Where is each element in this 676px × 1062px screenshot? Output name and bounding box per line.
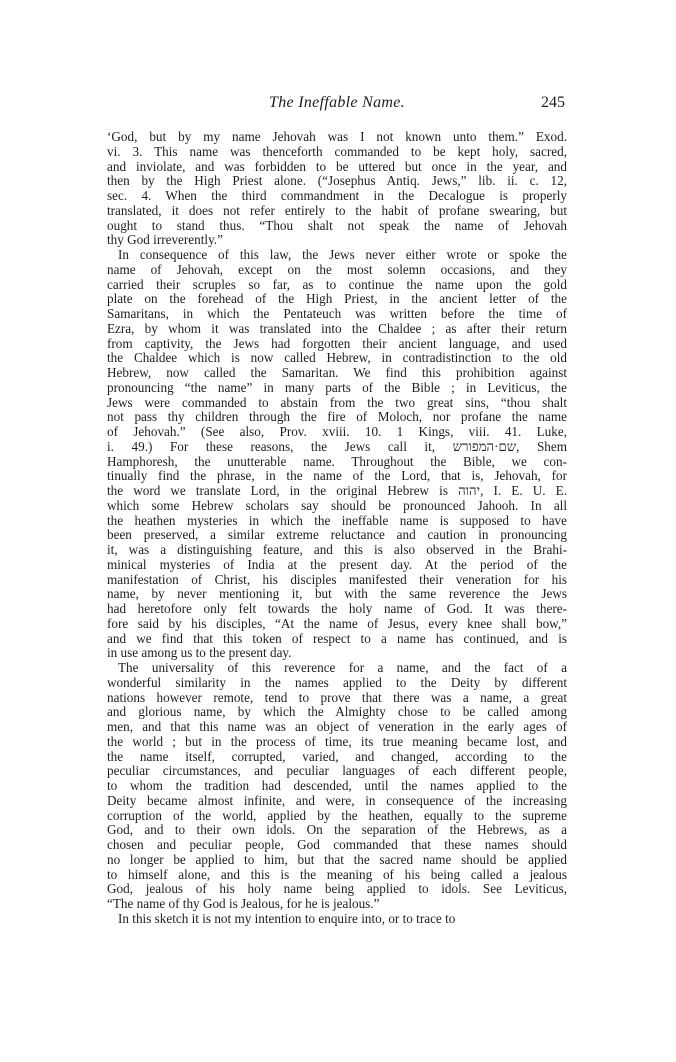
text-line: carried their scruples so far, as to con…	[107, 278, 567, 293]
text-line: pronouncing “the name” in many parts of …	[107, 381, 567, 396]
text-line: Deity became almost infinite, and were, …	[107, 794, 567, 809]
text-line: which some Hebrew scholars say should be…	[107, 499, 567, 514]
text-line: thy God irreverently.”	[107, 233, 567, 248]
text-line: In this sketch it is not my intention to…	[107, 912, 567, 927]
paragraph: ‘God, but by my name Jehovah was I not k…	[107, 130, 567, 248]
text-line: and glorious name, by which the Almighty…	[107, 705, 567, 720]
text-line: In consequence of this law, the Jews nev…	[107, 248, 567, 263]
text-line: the word we translate Lord, in the origi…	[107, 484, 567, 499]
text-line: Samaritans, in which the Pentateuch was …	[107, 307, 567, 322]
text-line: wonderful similarity in the names applie…	[107, 676, 567, 691]
text-line: to whom the tradition had descended, unt…	[107, 779, 567, 794]
text-line: then by the High Priest alone. (“Josephu…	[107, 174, 567, 189]
text-line: manifestation of Christ, his disciples m…	[107, 573, 567, 588]
text-line: not pass thy children through the fire o…	[107, 410, 567, 425]
text-line: fore said by his disciples, “At the name…	[107, 617, 567, 632]
text-line: from captivity, the Jews had forgotten t…	[107, 337, 567, 352]
text-line: corruption of the world, applied by the …	[107, 809, 567, 824]
text-line: ‘God, but by my name Jehovah was I not k…	[107, 130, 567, 145]
text-line: nations however remote, tend to prove th…	[107, 691, 567, 706]
text-line: God, and to their own idols. On the sepa…	[107, 823, 567, 838]
text-line: and we find that this token of respect t…	[107, 632, 567, 647]
text-line: “The name of thy God is Jealous, for he …	[107, 897, 567, 912]
text-line: the heathen mysteries in which the ineff…	[107, 514, 567, 529]
text-line: in use among us to the present day.	[107, 646, 567, 661]
paragraph: In consequence of this law, the Jews nev…	[107, 248, 567, 661]
book-page: The Ineffable Name. 245 ‘God, but by my …	[107, 92, 567, 927]
text-line: ought to stand thus. “Thou shalt not spe…	[107, 219, 567, 234]
text-line: The universality of this reverence for a…	[107, 661, 567, 676]
text-line: had heretofore only felt towards the hol…	[107, 602, 567, 617]
paragraph: In this sketch it is not my intention to…	[107, 912, 567, 927]
text-line: Ezra, by whom it was translated into the…	[107, 322, 567, 337]
text-line: plate on the forehead of the High Priest…	[107, 292, 567, 307]
text-line: and inviolate, and was forbidden to be u…	[107, 160, 567, 175]
text-line: vi. 3. This name was thenceforth command…	[107, 145, 567, 160]
text-line: Hamphoresh, the unutterable name. Throug…	[107, 455, 567, 470]
text-line: of Jehovah.” (See also, Prov. xviii. 10.…	[107, 425, 567, 440]
paragraph: The universality of this reverence for a…	[107, 661, 567, 912]
body-text: ‘God, but by my name Jehovah was I not k…	[107, 130, 567, 927]
text-line: to himself alone, and this is the meanin…	[107, 868, 567, 883]
page-number: 245	[541, 94, 565, 112]
text-line: the name itself, corrupted, varied, and …	[107, 750, 567, 765]
text-line: men, and that this name was an object of…	[107, 720, 567, 735]
text-line: the Chaldee which is now called Hebrew, …	[107, 351, 567, 366]
text-line: tinually find the phrase, in the name of…	[107, 469, 567, 484]
text-line: it, was a distinguishing feature, and th…	[107, 543, 567, 558]
text-line: Jews were commanded to abstain from the …	[107, 396, 567, 411]
text-line: been preserved, a similar extreme reluct…	[107, 528, 567, 543]
text-line: sec. 4. When the third commandment in th…	[107, 189, 567, 204]
text-line: i. 49.) For these reasons, the Jews call…	[107, 440, 567, 455]
text-line: Hebrew, now called the Samaritan. We fin…	[107, 366, 567, 381]
text-line: the world ; but in the process of time, …	[107, 735, 567, 750]
text-line: name, by never mentioning it, but with t…	[107, 587, 567, 602]
text-line: God, jealous of his holy name being appl…	[107, 882, 567, 897]
text-line: no longer be applied to him, but that th…	[107, 853, 567, 868]
text-line: minical mysteries of India at the presen…	[107, 558, 567, 573]
text-line: peculiar circumstances, and peculiar lan…	[107, 764, 567, 779]
text-line: translated, it does not refer entirely t…	[107, 204, 567, 219]
running-head: The Ineffable Name. 245	[107, 92, 567, 118]
text-line: name of Jehovah, except on the most sole…	[107, 263, 567, 278]
running-title: The Ineffable Name.	[107, 94, 567, 112]
text-line: chosen and peculiar people, God commande…	[107, 838, 567, 853]
